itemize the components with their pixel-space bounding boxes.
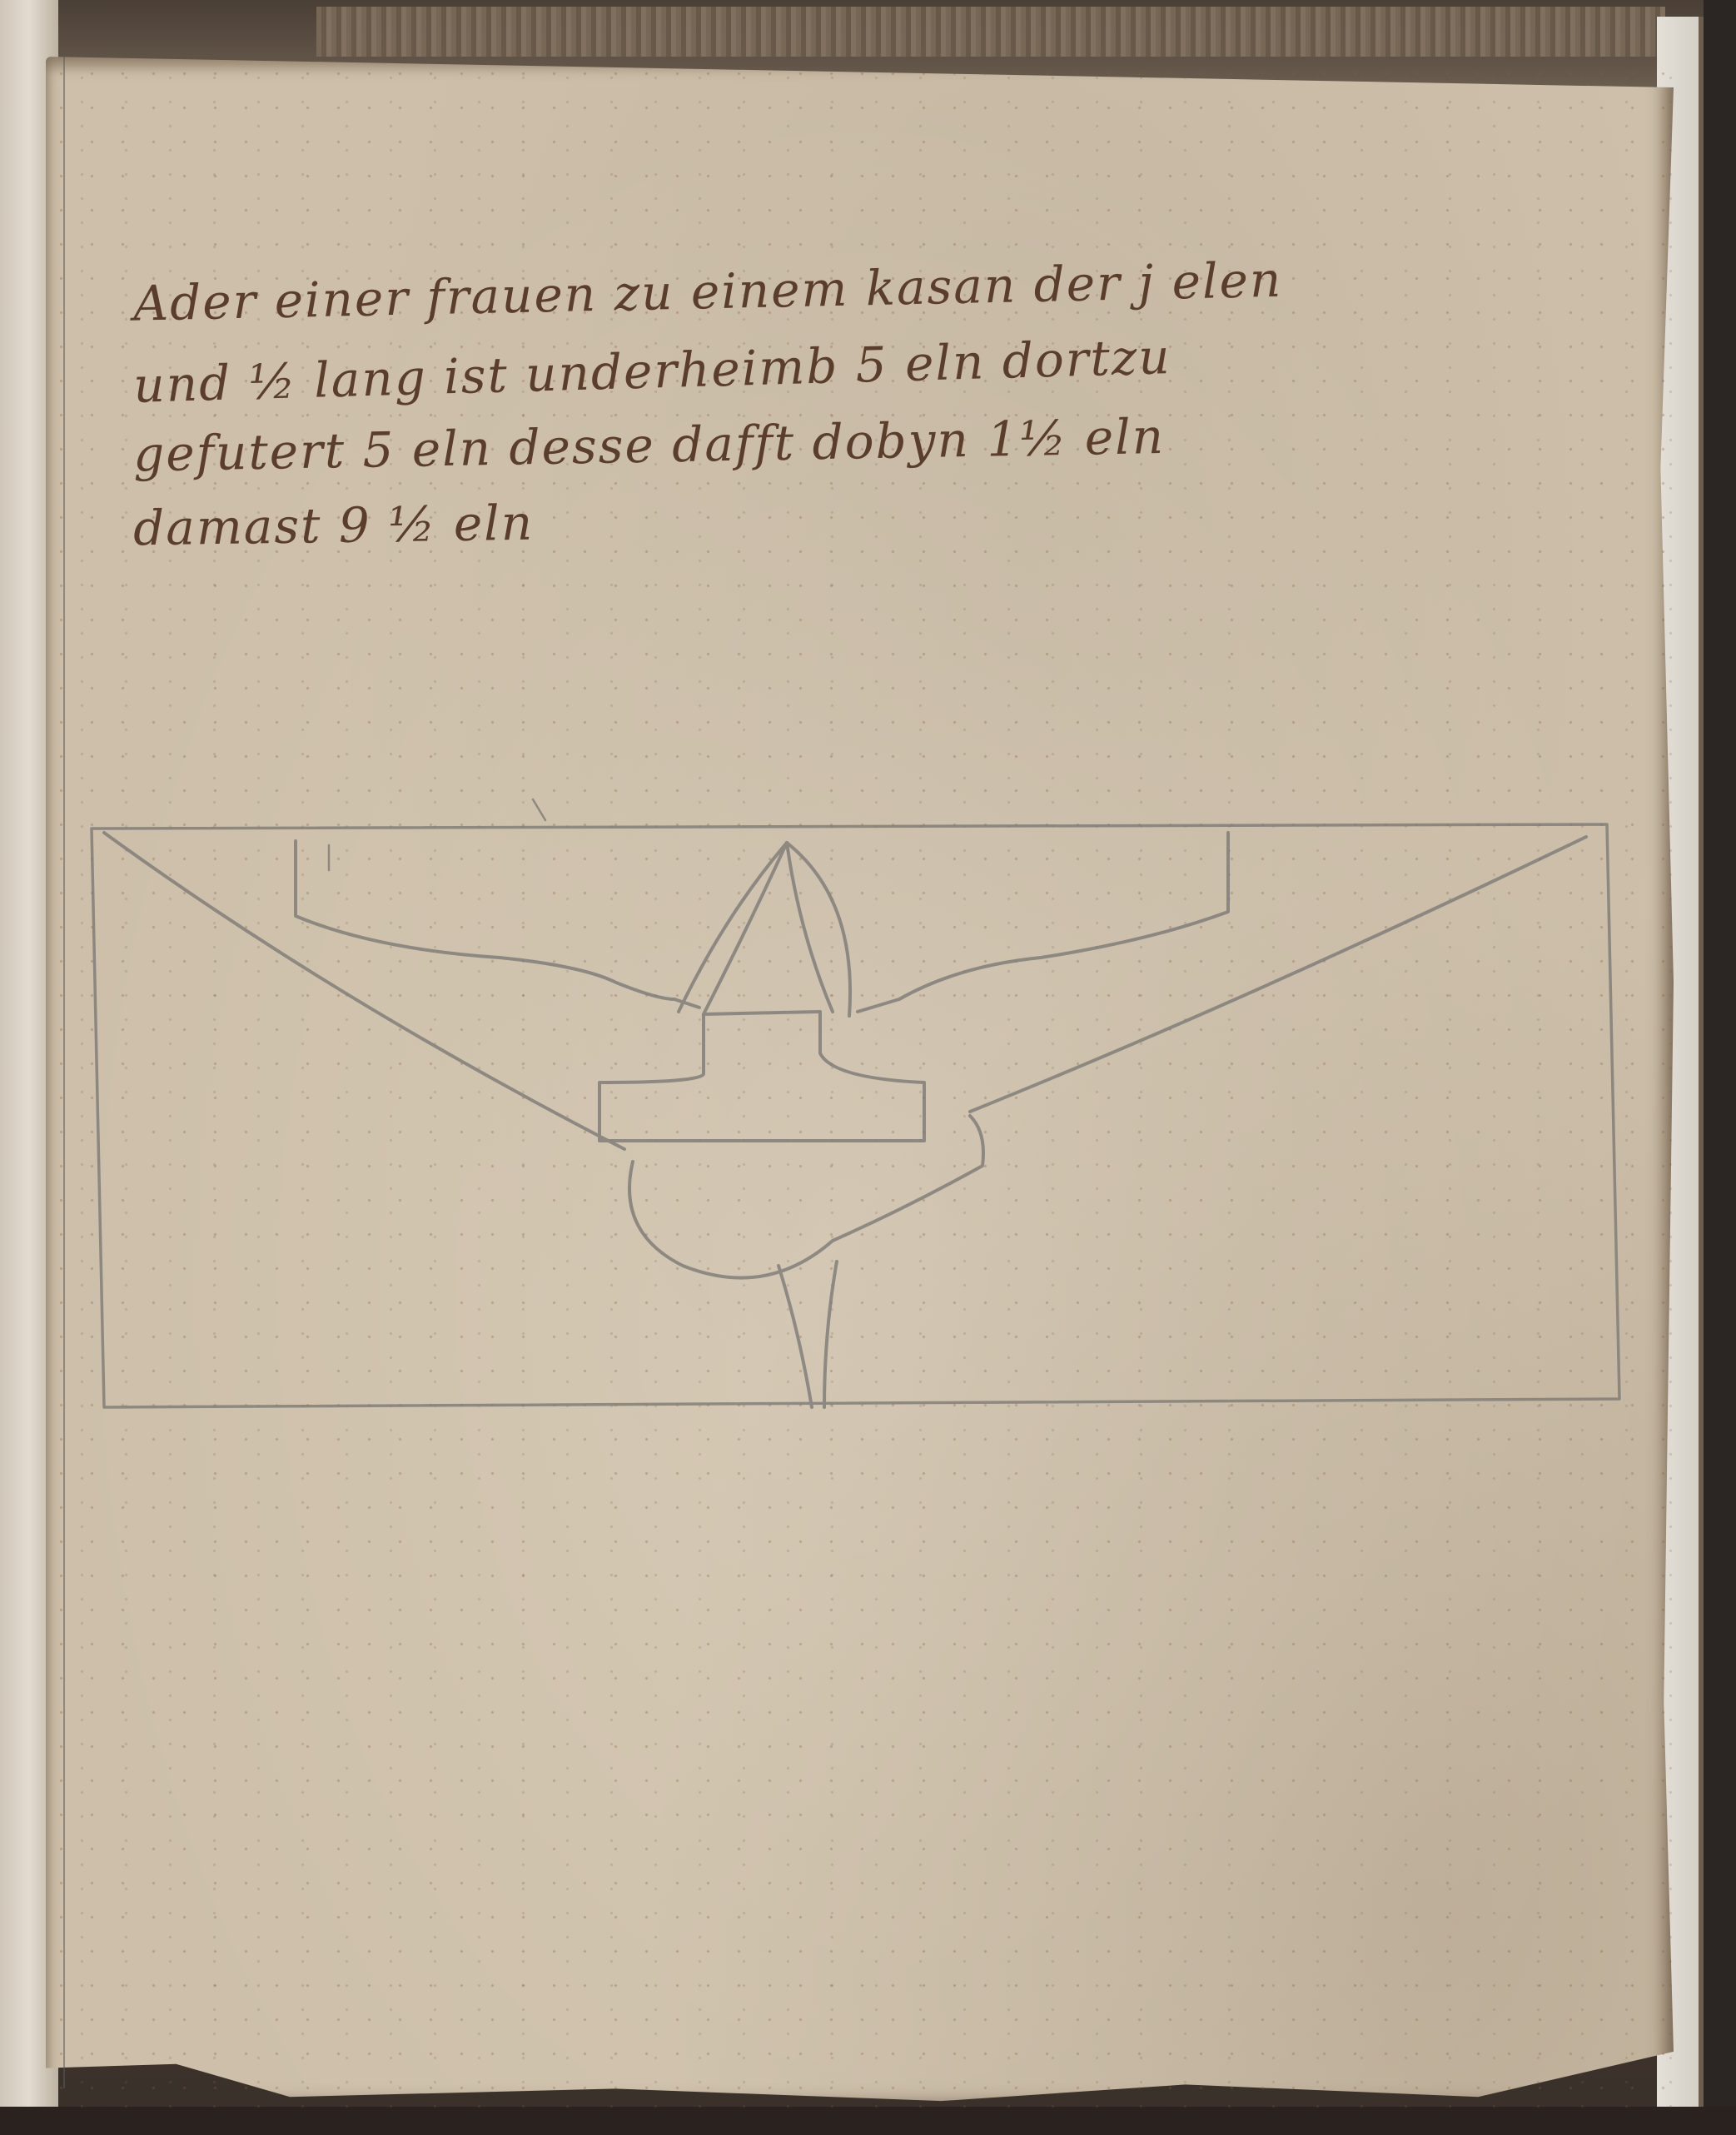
scan-border-right [1704, 0, 1736, 2135]
book-cover-edge [316, 7, 1665, 57]
gutter-fold [63, 57, 65, 2088]
handwritten-text-block: Ader einer frauen zu einem kasan der j e… [133, 250, 1615, 556]
scan-border-bottom [0, 2107, 1736, 2135]
